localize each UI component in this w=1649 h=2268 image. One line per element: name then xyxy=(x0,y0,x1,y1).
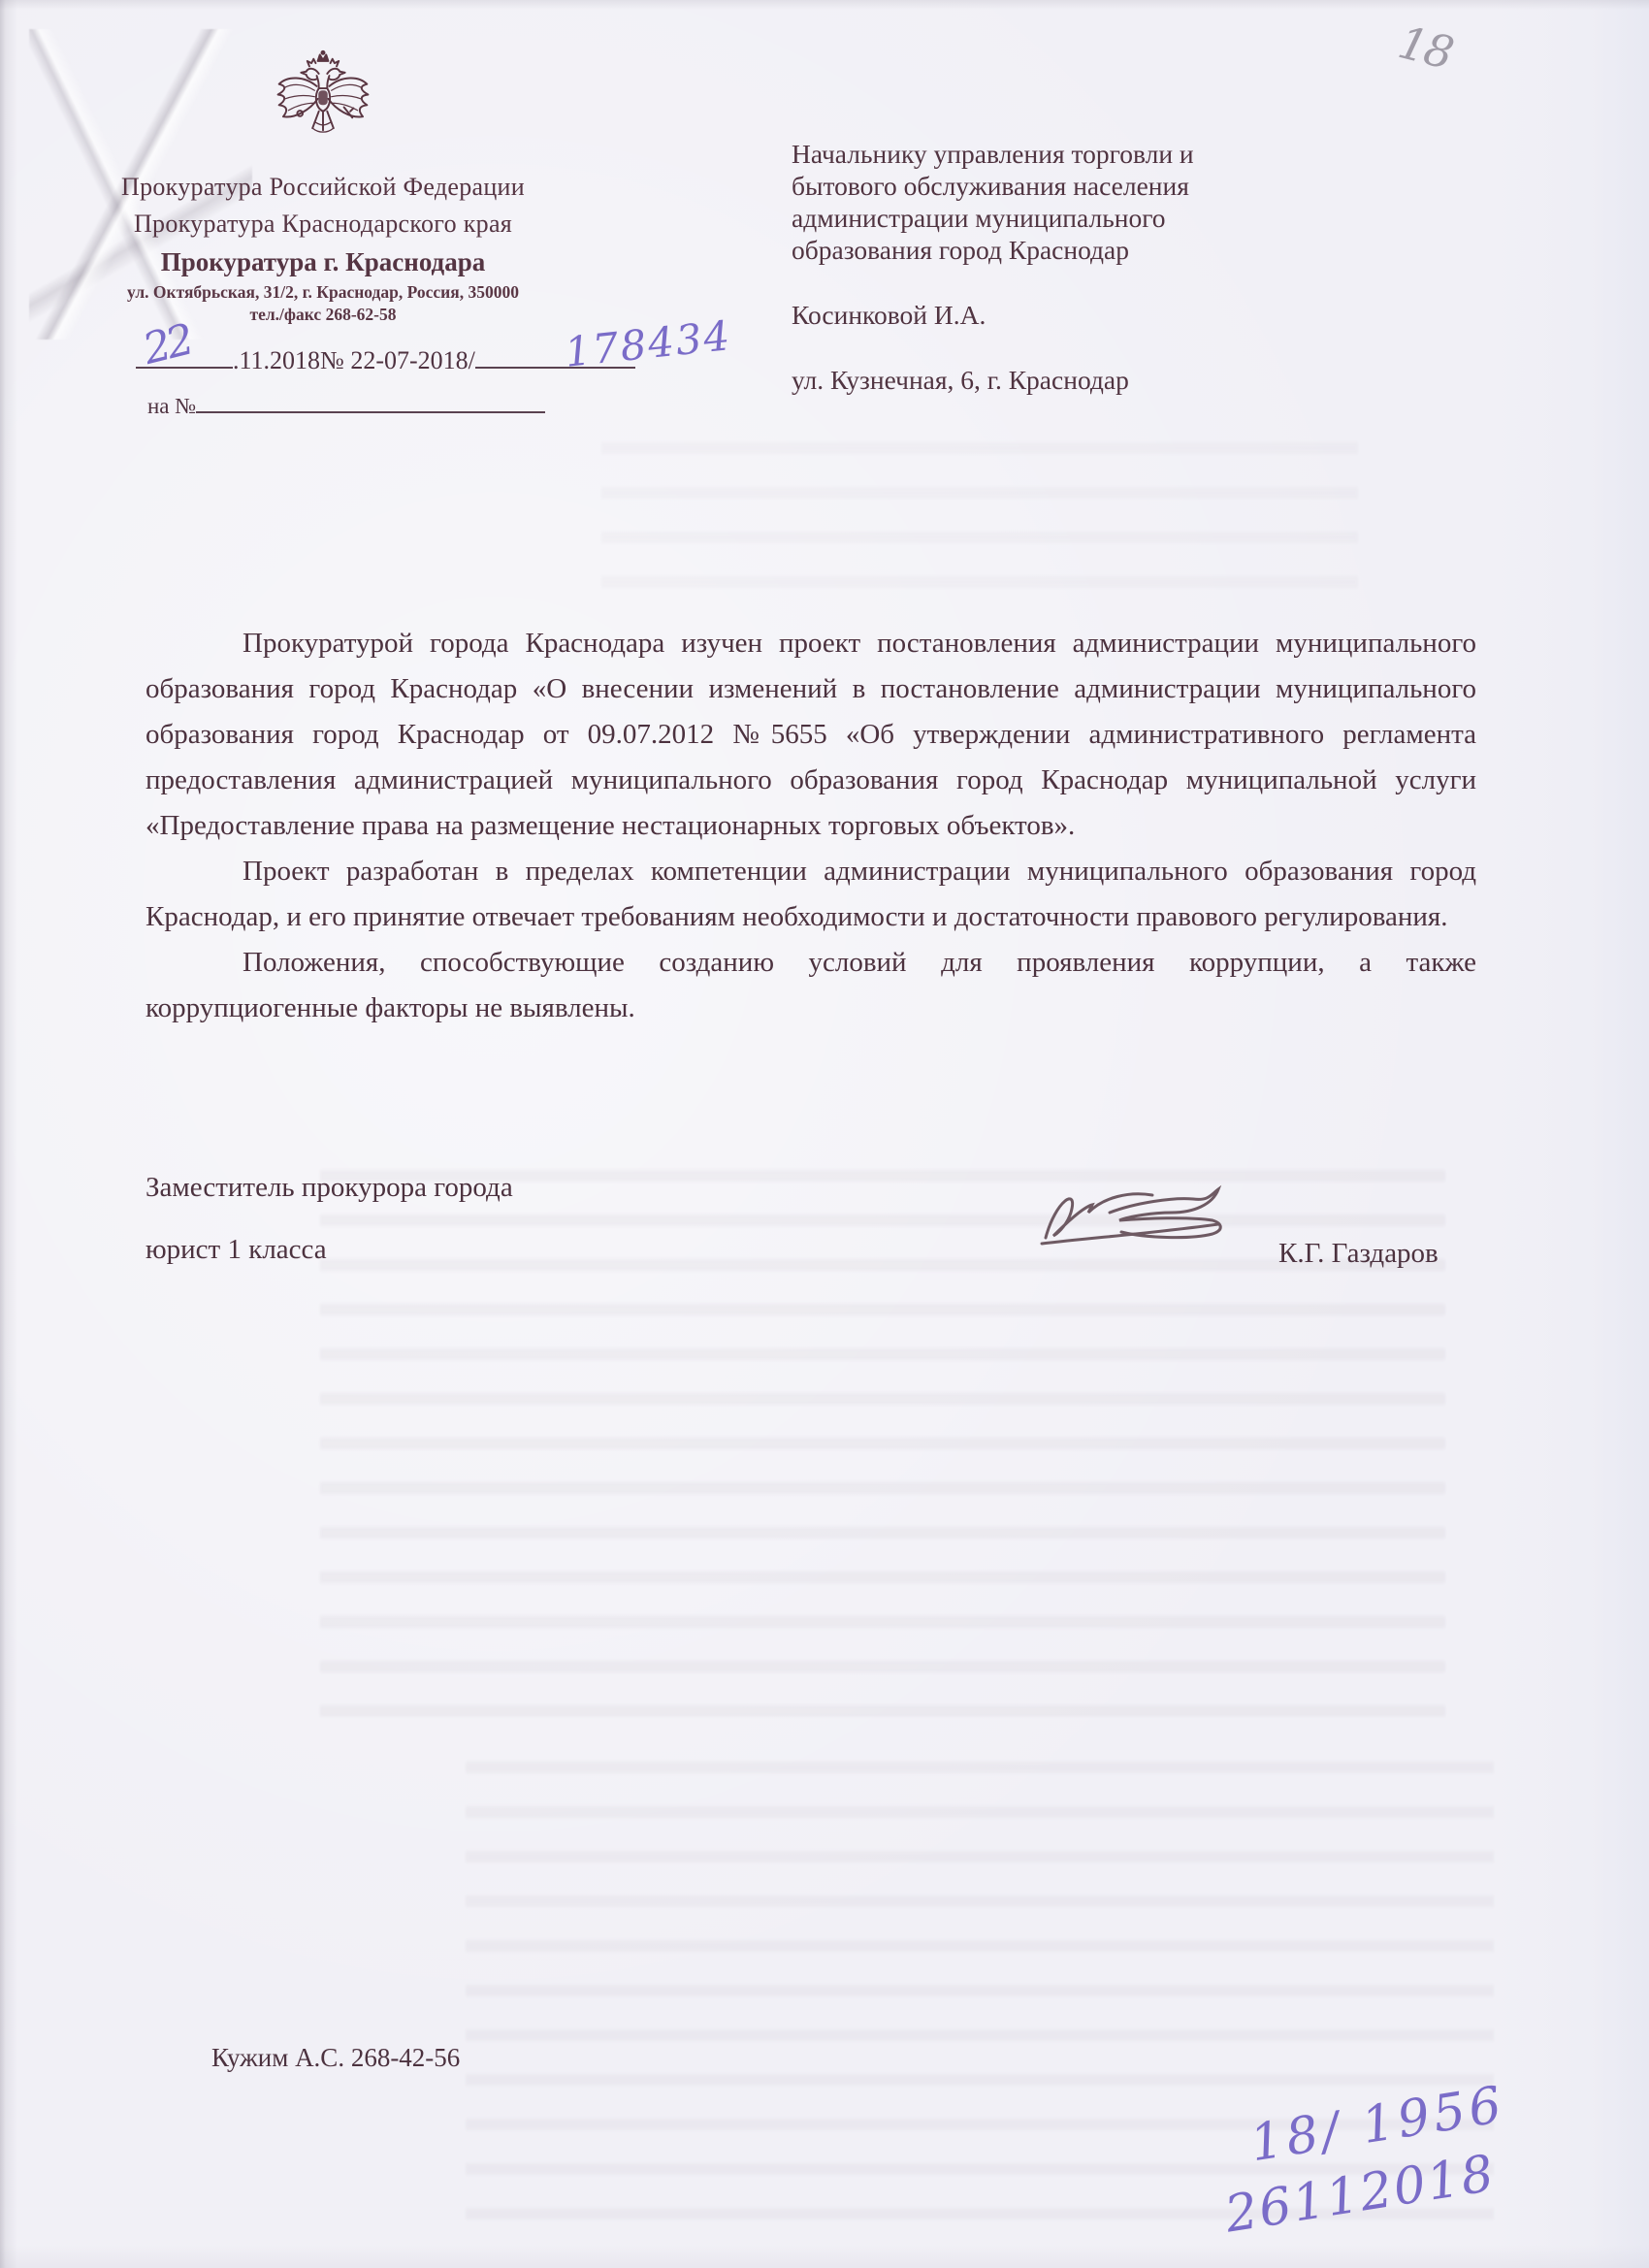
recipient-line: бытового обслуживания населения xyxy=(792,170,1257,202)
bleed-through-artifact xyxy=(320,1154,1445,1717)
org-name-city: Прокуратура г. Краснодара xyxy=(114,243,532,281)
outgoing-number-printed: № 22-07-2018/ xyxy=(320,346,475,374)
executor-contact: Кужим А.С. 268-42-56 xyxy=(211,2043,460,2073)
letterhead: Прокуратура Российской Федерации Прокура… xyxy=(114,47,532,326)
bleed-through-artifact xyxy=(601,427,1358,592)
signature-ink xyxy=(1028,1172,1251,1261)
recipient-line: Начальнику управления торговли и xyxy=(792,138,1257,170)
org-name-federation: Прокуратура Российской Федерации xyxy=(114,169,532,206)
ref-label: на № xyxy=(147,394,196,418)
org-name-region: Прокуратура Краснодарского края xyxy=(114,206,532,243)
recipient-line: образования город Краснодар xyxy=(792,234,1257,266)
scanned-letter-page: { "colors": { "paper": "#f1f0f6", "print… xyxy=(0,0,1649,2268)
russia-coat-of-arms-icon xyxy=(271,47,375,155)
date-printed: .11.2018 xyxy=(233,346,320,374)
body-paragraph-1: Прокуратурой города Краснодара изучен пр… xyxy=(145,621,1476,849)
pencil-page-mark: 18 xyxy=(1393,16,1457,80)
signer-position-line2: юрист 1 класса xyxy=(145,1234,327,1266)
reference-number-line: на № xyxy=(147,386,545,419)
recipient-street: ул. Кузнечная, 6, г. Краснодар xyxy=(792,364,1257,396)
body-paragraph-2: Проект разработан в пределах компетенции… xyxy=(145,849,1476,940)
body-paragraph-3: Положения, способствующие созданию услов… xyxy=(145,940,1476,1031)
signer-position-line1: Заместитель прокурора города xyxy=(145,1172,513,1204)
ref-number-blank xyxy=(196,386,545,413)
recipient-block: Начальнику управления торговли и бытовог… xyxy=(792,138,1257,396)
signer-name: К.Г. Газдаров xyxy=(1278,1238,1439,1270)
recipient-name: Косинковой И.А. xyxy=(792,299,1257,331)
org-address: ул. Октябрьская, 31/2, г. Краснодар, Рос… xyxy=(114,281,532,304)
letter-body: Прокуратурой города Краснодара изучен пр… xyxy=(145,621,1476,1031)
recipient-line: администрации муниципального xyxy=(792,202,1257,234)
